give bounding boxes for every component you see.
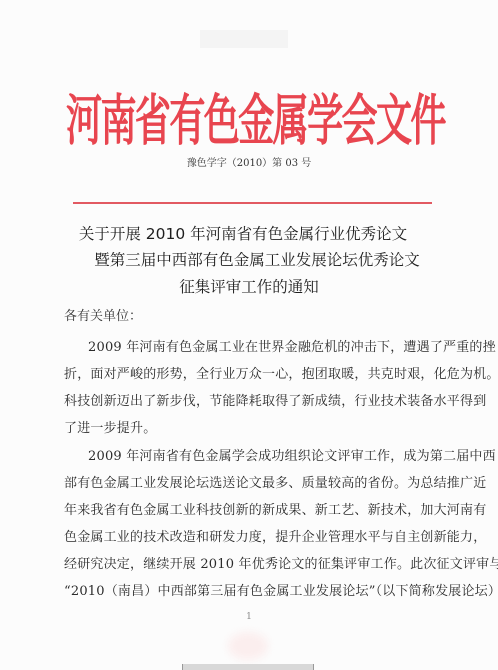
scan-edge-bar [182,664,314,670]
faint-scan-mark [200,30,288,48]
paragraph-2-line: 部有色金属工业发展论坛选送论文最多、质量较高的省份。为总结推广近 [64,472,444,491]
document-number: 豫色学字（2010）第 03 号 [0,154,498,169]
page-number: 1 [0,612,498,622]
notice-heading-line-1: 关于开展 2010 年河南省有色金属行业优秀论文 [0,222,492,244]
paragraph-1-line: 折，面对严峻的形势，全行业万众一心，抱团取暖，共克时艰，化危为机。 [64,363,444,382]
paragraph-1-line: 科技创新迈出了新步伐，节能降耗取得了新成绩，行业技术装备水平得到 [64,390,444,409]
notice-heading-line-3: 征集评审工作的通知 [0,275,498,297]
paragraph-2-line: 年来我省有色金属工业科技创新的新成果、新工艺、新技术，加大河南有 [64,499,444,518]
paragraph-2-line: “2010（南昌）中西部第三届有色金属工业发展论坛”（以下简称发展论坛） [64,580,444,599]
paragraph-1-line: 2009 年河南有色金属工业在世界金融危机的冲击下，遭遇了严重的挫 [88,336,468,355]
paragraph-2-line: 2009 年河南省有色金属学会成功组织论文评审工作，成为第二届中西 [88,445,468,464]
document-page: 河南省有色金属学会文件 豫色学字（2010）第 03 号 关于开展 2010 年… [0,0,498,670]
red-divider-rule [73,202,432,204]
document-header-title: 河南省有色金属学会文件 [66,78,378,166]
notice-heading-line-2: 暨第三届中西部有色金属工业发展论坛优秀论文 [8,248,498,270]
scan-smudge [228,632,268,660]
paragraph-2-line: 经研究决定，继续开展 2010 年优秀论文的征集评审工作。此次征文评审与 [64,553,444,572]
salutation: 各有关单位： [64,305,142,324]
paragraph-1-line: 了进一步提升。 [64,417,444,436]
paragraph-2-line: 色金属工业的技术改造和研发力度，提升企业管理水平与自主创新能力， [64,526,444,545]
